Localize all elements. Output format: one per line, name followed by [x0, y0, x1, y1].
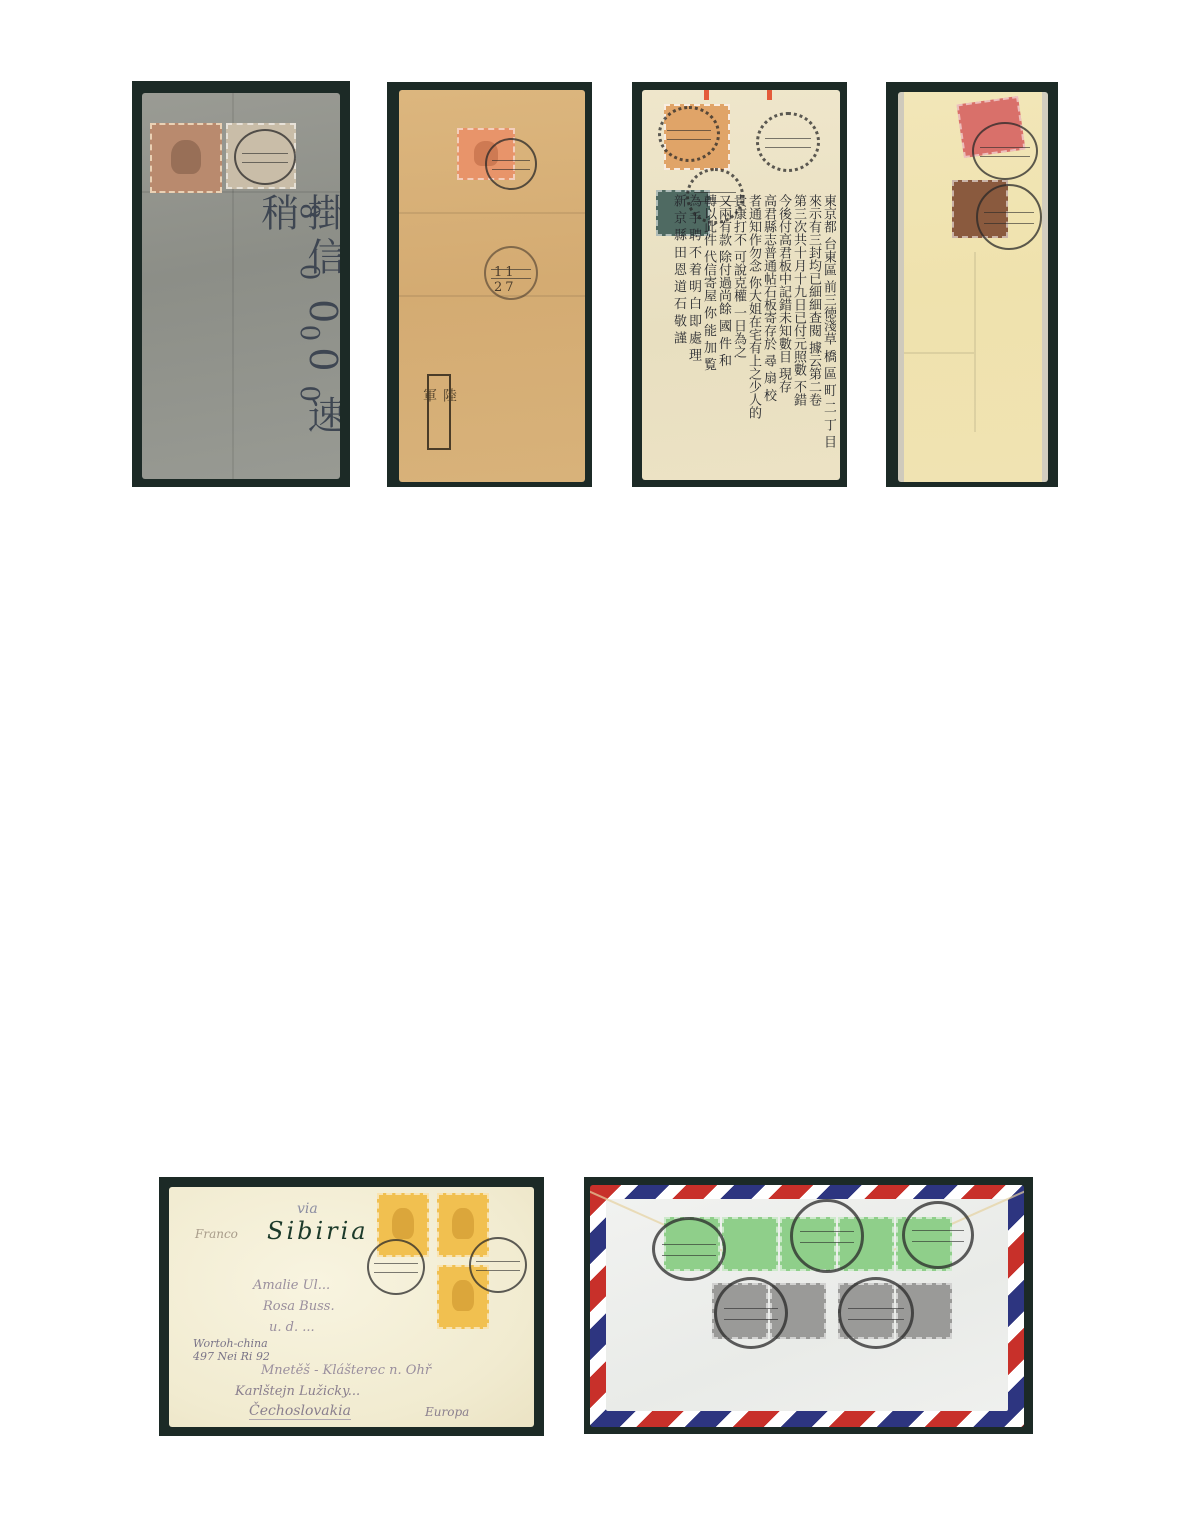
stamp-green [722, 1217, 778, 1271]
envelope-tan: 11 27 陸 軍 [399, 90, 585, 482]
airmail-tab [704, 90, 709, 100]
stamp-portrait [452, 1280, 473, 1311]
cover-photo-4 [886, 82, 1058, 487]
letter-line: 新 京 縣 田 恩 道 石 敬 謹 [671, 194, 686, 474]
cover-photo-1: 掛信 0 0 速 稍 8 0 0 0 [132, 81, 350, 487]
stamp-portrait [392, 1208, 413, 1239]
envelope-fold [974, 252, 976, 432]
letter-line: 為 手 聘 不 着 明 白 即 處 理 [686, 194, 701, 474]
postmark [790, 1199, 864, 1273]
postmark [902, 1201, 974, 1269]
army-box-label: 陸 軍 [427, 374, 451, 450]
postmark [972, 122, 1038, 180]
postmark-date: 11 27 [494, 265, 536, 295]
letter-line: 今後付高君板中記錯未知數目 現存 [776, 194, 791, 474]
envelope-grey: 掛信 0 0 速 稍 8 0 0 0 [142, 93, 340, 479]
handwritten-numbers: 8 0 0 0 [294, 203, 324, 420]
letter-line: 第三次共十月十九日已付元照數 不錯 [791, 194, 806, 474]
handwritten-letter: 東京都 台東區 前三徳淺草 橋 區 町 二 丁 目 來示有三封均已細細查閱 據云… [648, 194, 836, 474]
envelope-airmail [590, 1185, 1024, 1427]
cover-photo-2: 11 27 陸 軍 [387, 82, 592, 487]
envelope-fold [904, 352, 974, 354]
address-district: Karlštejn Lužicky... [235, 1384, 360, 1399]
address-line: u. d. ... [269, 1317, 335, 1338]
stamp-portrait [171, 140, 201, 174]
postmark [367, 1239, 425, 1295]
postmark [838, 1277, 914, 1349]
letter-line: 來示有三封均已細細查閱 據云第二卷 [806, 194, 821, 474]
letter-line: 東京都 台東區 前三徳淺草 橋 區 町 二 丁 目 [821, 194, 836, 474]
letter-line: 轉以此件 代信寄屋 你 能 加 覧 [701, 194, 716, 474]
envelope-cream: 東京都 台東區 前三徳淺草 橋 區 町 二 丁 目 來示有三封均已細細查閱 據云… [642, 90, 840, 480]
address-continent: Europa [425, 1405, 469, 1419]
postmark [652, 1217, 726, 1281]
postmark [234, 129, 296, 185]
cover-photo-5: via Sibiria Franco Amalie Ul... Rosa Bus… [159, 1177, 544, 1436]
postmark [485, 138, 537, 190]
stamp-portrait [452, 1208, 473, 1239]
letter-line: 貴康打不 可說克權 一日為之 [731, 194, 746, 474]
route-sibiria: Sibiria [267, 1217, 369, 1245]
address-town: Mnetěš - Klášterec n. Ohř [261, 1363, 431, 1378]
envelope-fold [399, 295, 585, 297]
cover-photo-6 [584, 1177, 1033, 1434]
postmark [714, 1277, 788, 1349]
stamp-portrait-brown [150, 123, 222, 193]
address-country: Čechoslovakia [249, 1403, 351, 1420]
postmark [658, 106, 720, 162]
letter-line: 高君縣志普通帖石板寄存於 尋 扇 校 [761, 194, 776, 474]
envelope-white: via Sibiria Franco Amalie Ul... Rosa Bus… [169, 1187, 534, 1427]
envelope-body [606, 1199, 1008, 1411]
sender-note: Wortoh-china 497 Nei Ri 92 [193, 1337, 283, 1363]
address-line: Rosa Buss. [263, 1296, 335, 1317]
route-via: via [297, 1201, 318, 1217]
address-block: Amalie Ul... Rosa Buss. u. d. ... [209, 1275, 335, 1338]
cover-photo-3: 東京都 台東區 前三徳淺草 橋 區 町 二 丁 目 來示有三封均已細細查閱 據云… [632, 82, 847, 487]
franco-prefix: Franco [195, 1227, 238, 1241]
envelope-pale-yellow [898, 92, 1048, 482]
letter-line: 又兩有款 除付過尚餘 國 件 和 [716, 194, 731, 474]
address-line: Amalie Ul... [253, 1275, 335, 1296]
envelope-fold [399, 212, 585, 214]
letter-line: 者通知作勿念 你大姐在宅有上之少人的 [746, 194, 761, 474]
airmail-tab [767, 90, 772, 100]
postmark [756, 112, 820, 172]
postmark [469, 1237, 527, 1293]
postmark-dated: 11 27 [484, 246, 538, 300]
postmark [976, 184, 1042, 250]
